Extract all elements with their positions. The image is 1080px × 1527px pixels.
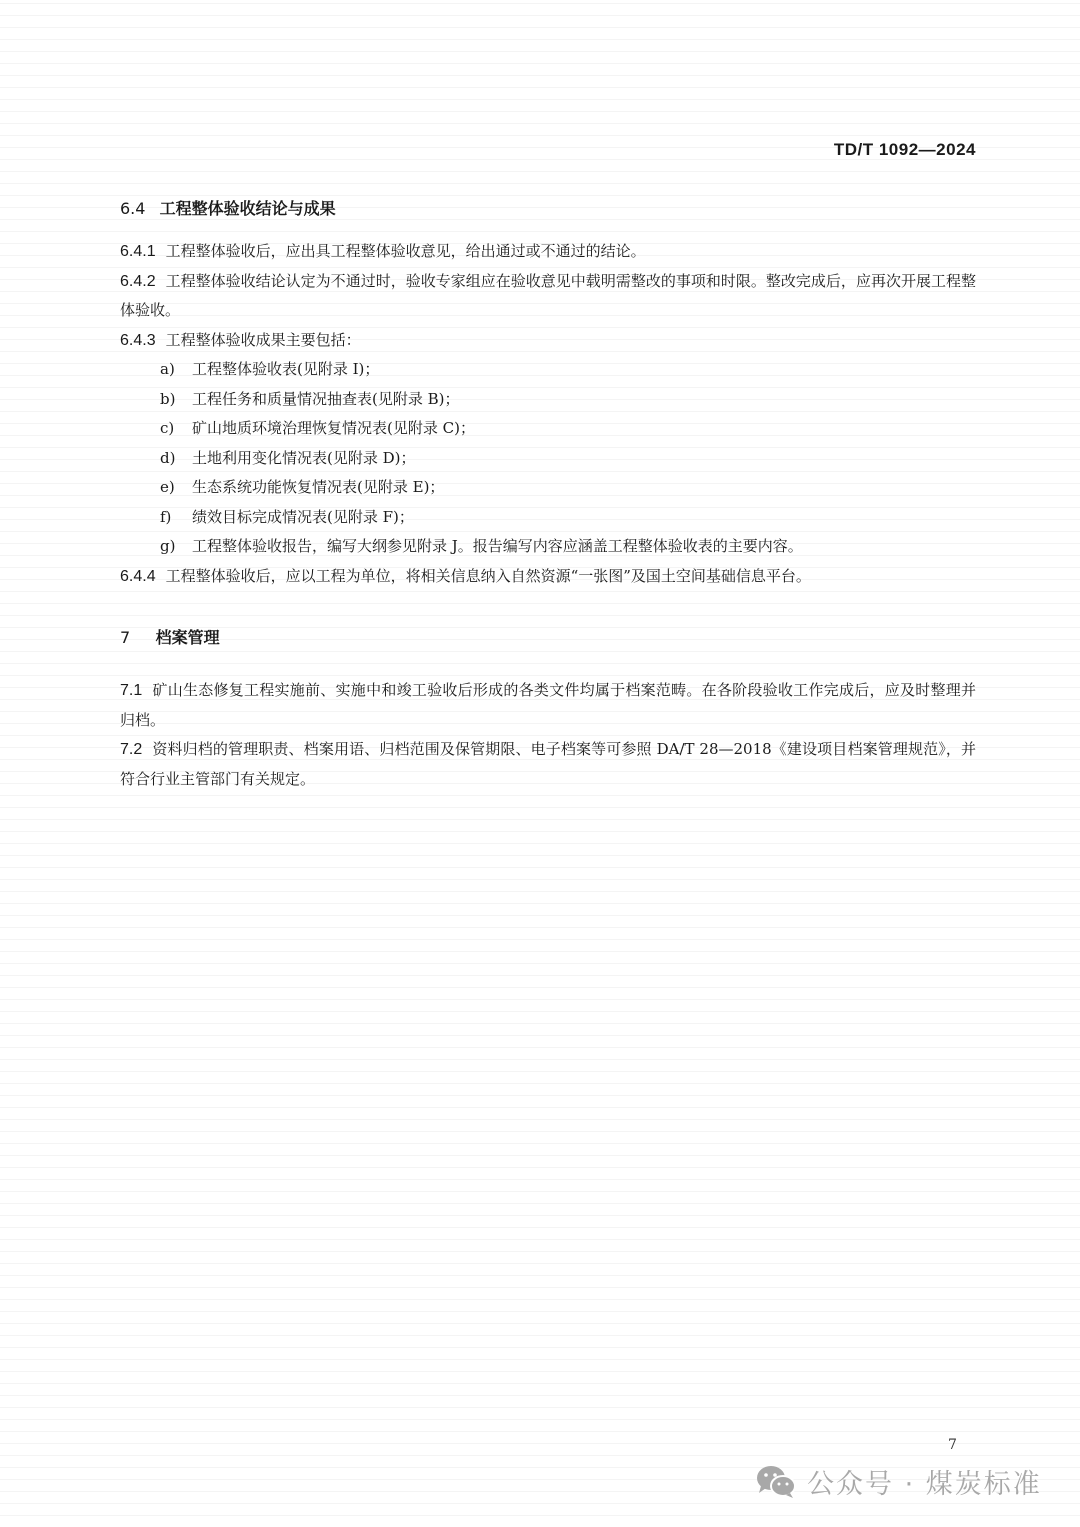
spacer xyxy=(120,652,976,676)
list-text: 矿山地质环境治理恢复情况表(见附录 C)； xyxy=(192,419,475,437)
list-item: d)土地利用变化情况表(见附录 D)； xyxy=(120,444,976,474)
clause-number: 6.4.4 xyxy=(120,568,156,585)
list-marker: d) xyxy=(160,444,192,474)
clause-text: 工程整体验收后，应以工程为单位，将相关信息纳入自然资源“一张图”及国土空间基础信… xyxy=(166,567,811,585)
standard-code: TD/T 1092—2024 xyxy=(834,140,976,160)
document-body: 6.4 工程整体验收结论与成果 6.4.1工程整体验收后，应出具工程整体验收意见… xyxy=(120,195,976,794)
clause-7-1: 7.1矿山生态修复工程实施前、实施中和竣工验收后形成的各类文件均属于档案范畴。在… xyxy=(120,676,976,735)
clause-text: 资料归档的管理职责、档案用语、归档范围及保管期限、电子档案等可参照 DA/T 2… xyxy=(120,740,976,788)
list-marker: a) xyxy=(160,355,192,385)
clause-6-4-3: 6.4.3工程整体验收成果主要包括： xyxy=(120,326,976,356)
section-number: 7 xyxy=(120,624,150,652)
list-item: e)生态系统功能恢复情况表(见附录 E)； xyxy=(120,473,976,503)
clause-number: 6.4.3 xyxy=(120,332,156,349)
clause-number: 6.4.2 xyxy=(120,273,156,290)
section-title: 档案管理 xyxy=(156,628,220,647)
list-text: 工程整体验收表(见附录 I)； xyxy=(192,360,379,378)
clause-number: 7.2 xyxy=(120,741,142,758)
spacer xyxy=(120,591,976,624)
list-text: 生态系统功能恢复情况表(见附录 E)； xyxy=(192,478,444,496)
spacer xyxy=(120,223,976,237)
section-title: 工程整体验收结论与成果 xyxy=(160,199,336,218)
section-heading-7: 7 档案管理 xyxy=(120,624,976,652)
wechat-icon xyxy=(755,1464,797,1500)
section-number: 6.4 xyxy=(120,195,154,223)
clause-text: 工程整体验收结论认定为不通过时，验收专家组应在验收意见中载明需整改的事项和时限。… xyxy=(120,272,976,320)
clause-text: 矿山生态修复工程实施前、实施中和竣工验收后形成的各类文件均属于档案范畴。在各阶段… xyxy=(120,681,976,729)
clause-number: 6.4.1 xyxy=(120,243,156,260)
clause-7-2: 7.2资料归档的管理职责、档案用语、归档范围及保管期限、电子档案等可参照 DA/… xyxy=(120,735,976,794)
deliverables-list: a)工程整体验收表(见附录 I)； b)工程任务和质量情况抽查表(见附录 B)；… xyxy=(120,355,976,562)
list-text: 绩效目标完成情况表(见附录 F)； xyxy=(192,508,414,526)
list-marker: b) xyxy=(160,385,192,415)
list-item: c)矿山地质环境治理恢复情况表(见附录 C)； xyxy=(120,414,976,444)
section-heading-6-4: 6.4 工程整体验收结论与成果 xyxy=(120,195,976,223)
list-item: g)工程整体验收报告，编写大纲参见附录 J。报告编写内容应涵盖工程整体验收表的主… xyxy=(120,532,976,562)
clause-text: 工程整体验收成果主要包括： xyxy=(166,331,361,349)
clause-number: 7.1 xyxy=(120,682,142,699)
list-marker: e) xyxy=(160,473,192,503)
list-marker: g) xyxy=(160,532,192,562)
list-text: 工程任务和质量情况抽查表(见附录 B)； xyxy=(192,390,460,408)
clause-6-4-4: 6.4.4工程整体验收后，应以工程为单位，将相关信息纳入自然资源“一张图”及国土… xyxy=(120,562,976,592)
list-item: a)工程整体验收表(见附录 I)； xyxy=(120,355,976,385)
list-marker: c) xyxy=(160,414,192,444)
clause-6-4-2: 6.4.2工程整体验收结论认定为不通过时，验收专家组应在验收意见中载明需整改的事… xyxy=(120,267,976,326)
clause-6-4-1: 6.4.1工程整体验收后，应出具工程整体验收意见，给出通过或不通过的结论。 xyxy=(120,237,976,267)
list-text: 工程整体验收报告，编写大纲参见附录 J。报告编写内容应涵盖工程整体验收表的主要内… xyxy=(192,537,803,555)
clause-text: 工程整体验收后，应出具工程整体验收意见，给出通过或不通过的结论。 xyxy=(166,242,646,260)
list-item: b)工程任务和质量情况抽查表(见附录 B)； xyxy=(120,385,976,415)
watermark-text: 公众号 · 煤炭标准 xyxy=(807,1462,1042,1501)
watermark: 公众号 · 煤炭标准 xyxy=(755,1462,1042,1501)
list-item: f)绩效目标完成情况表(见附录 F)； xyxy=(120,503,976,533)
page-number: 7 xyxy=(948,1437,957,1453)
list-text: 土地利用变化情况表(见附录 D)； xyxy=(192,449,416,467)
list-marker: f) xyxy=(160,503,192,533)
